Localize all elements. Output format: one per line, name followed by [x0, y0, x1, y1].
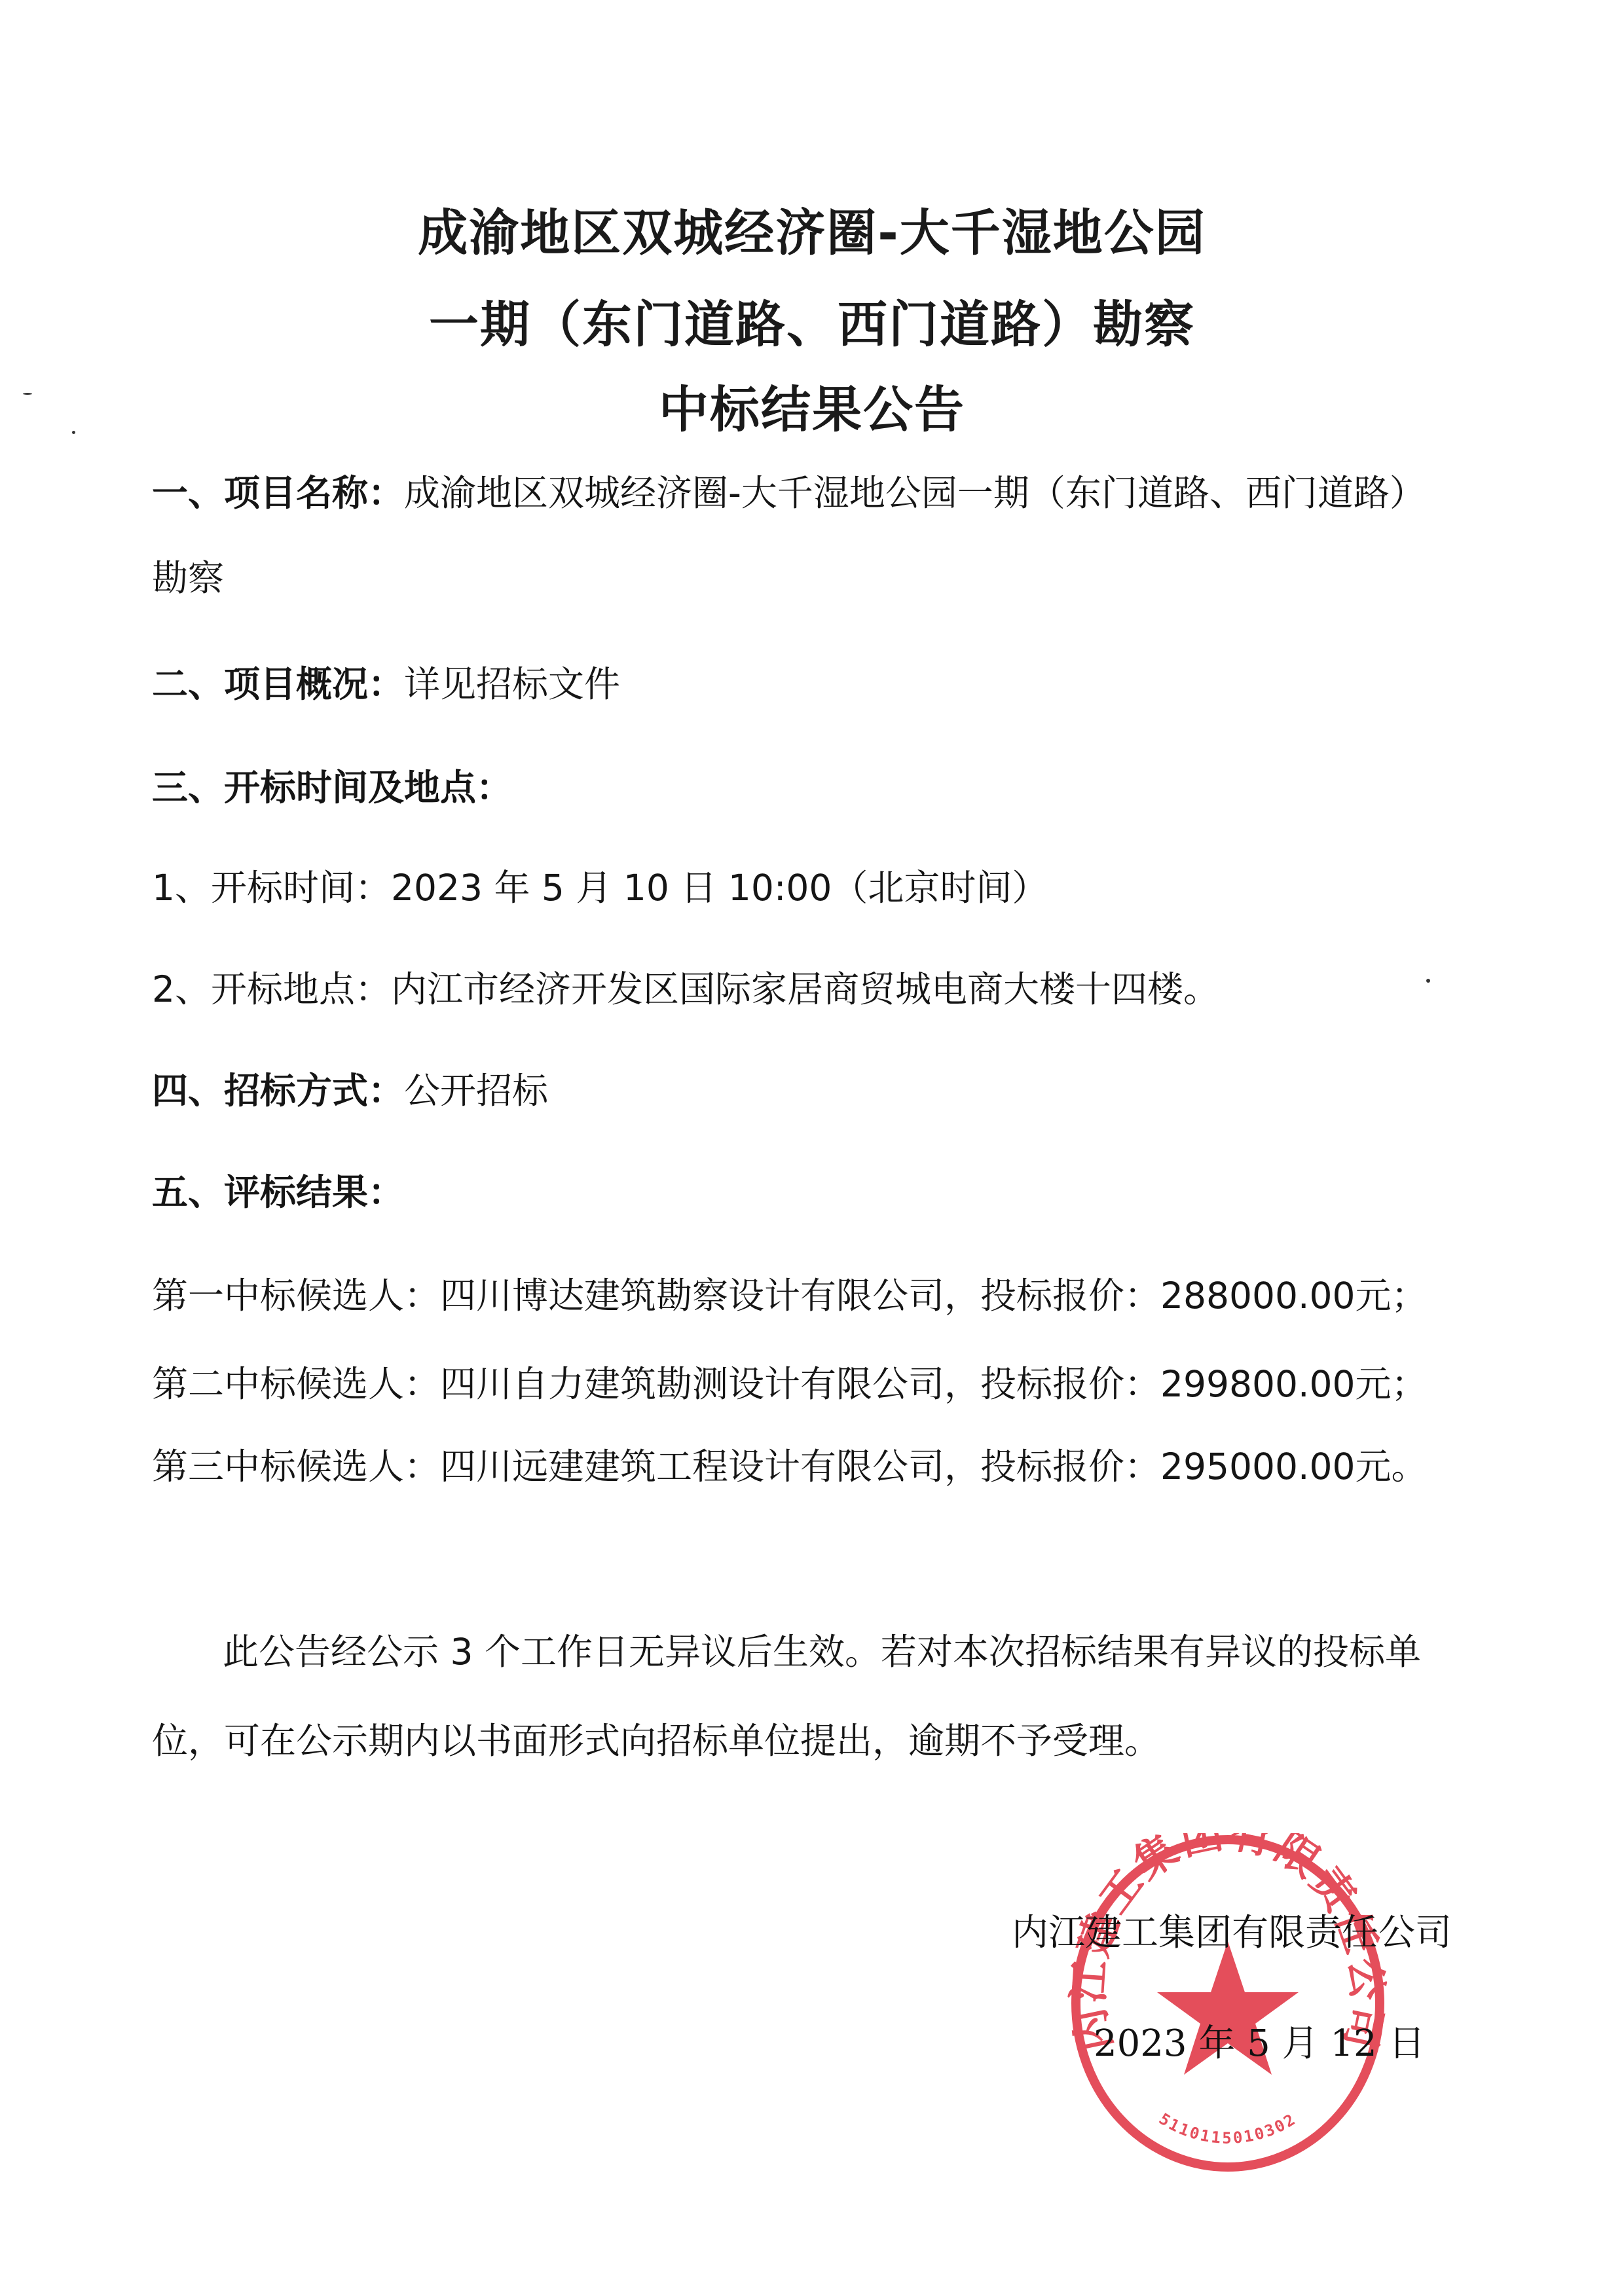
opening-heading: 三、开标时间及地点： [152, 770, 512, 806]
scan-speck [1426, 979, 1430, 983]
method-label: 四、招标方式： [152, 1070, 404, 1112]
title-line-2: 一期（东门道路、西门道路）勘察 [0, 300, 1624, 350]
project-name-value-cont: 勘察 [152, 560, 224, 596]
notice-line-2: 位，可在公示期内以书面形式向招标单位提出，逾期不予受理。 [152, 1723, 1160, 1759]
method-row: 四、招标方式：公开招标 [152, 1073, 548, 1109]
candidate-row-1: 第一中标候选人：四川博达建筑勘察设计有限公司，投标报价：288000.00元； [152, 1278, 1428, 1314]
signature-company: 内江建工集团有限责任公司 [1012, 1904, 1452, 1956]
official-seal-icon: 内江建工集团有限责任公司 5110115010302 [1064, 1833, 1392, 2174]
project-name-value: 成渝地区双城经济圈-大千湿地公园一期（东门道路、西门道路） [404, 472, 1426, 514]
candidate-company: 四川远建建筑工程设计有限公司 [440, 1446, 944, 1487]
overview-row: 二、项目概况：详见招标文件 [152, 666, 620, 702]
seal-code: 5110115010302 [1156, 2109, 1300, 2147]
candidate-price: 299800.00 [1160, 1363, 1355, 1405]
scan-speck [23, 393, 32, 395]
notice-line-1: 此公告经公示 3 个工作日无异议后生效。若对本次招标结果有异议的投标单 [223, 1634, 1421, 1670]
candidate-unit: 元。 [1355, 1446, 1427, 1487]
svg-text:5110115010302: 5110115010302 [1156, 2109, 1300, 2147]
candidate-unit: 元； [1355, 1363, 1427, 1405]
candidate-price-label: ，投标报价： [944, 1446, 1160, 1487]
results-heading: 五、评标结果： [152, 1175, 404, 1211]
title-line-1: 成渝地区双城经济圈-大千湿地公园 [0, 208, 1624, 258]
candidate-rank: 第一中标候选人： [152, 1275, 440, 1317]
title-line-3: 中标结果公告 [0, 385, 1624, 435]
candidate-unit: 元； [1355, 1275, 1427, 1317]
candidate-row-2: 第二中标候选人：四川自力建筑勘测设计有限公司，投标报价：299800.00元； [152, 1366, 1428, 1402]
method-value: 公开招标 [404, 1070, 548, 1112]
candidate-company: 四川博达建筑勘察设计有限公司 [440, 1275, 944, 1317]
signature-date: 2023 年 5 月 12 日 [1094, 2014, 1425, 2067]
candidate-company: 四川自力建筑勘测设计有限公司 [440, 1363, 944, 1405]
scan-speck [72, 431, 75, 434]
candidate-row-3: 第三中标候选人：四川远建建筑工程设计有限公司，投标报价：295000.00元。 [152, 1449, 1428, 1485]
candidate-price-label: ，投标报价： [944, 1363, 1160, 1405]
candidate-price: 295000.00 [1160, 1446, 1355, 1487]
document-page: 成渝地区双城经济圈-大千湿地公园 一期（东门道路、西门道路）勘察 中标结果公告 … [0, 0, 1624, 2296]
opening-time: 1、开标时间：2023 年 5 月 10 日 10:00（北京时间） [152, 870, 1048, 906]
candidate-price-label: ，投标报价： [944, 1275, 1160, 1317]
candidate-rank: 第三中标候选人： [152, 1446, 440, 1487]
overview-label: 二、项目概况： [152, 663, 404, 705]
candidate-price: 288000.00 [1160, 1275, 1355, 1317]
project-name-label: 一、项目名称： [152, 472, 404, 514]
candidate-rank: 第二中标候选人： [152, 1363, 440, 1405]
overview-value: 详见招标文件 [404, 663, 620, 705]
project-name-row: 一、项目名称：成渝地区双城经济圈-大千湿地公园一期（东门道路、西门道路） [152, 475, 1426, 511]
opening-place: 2、开标地点：内江市经济开发区国际家居商贸城电商大楼十四楼。 [152, 972, 1219, 1008]
